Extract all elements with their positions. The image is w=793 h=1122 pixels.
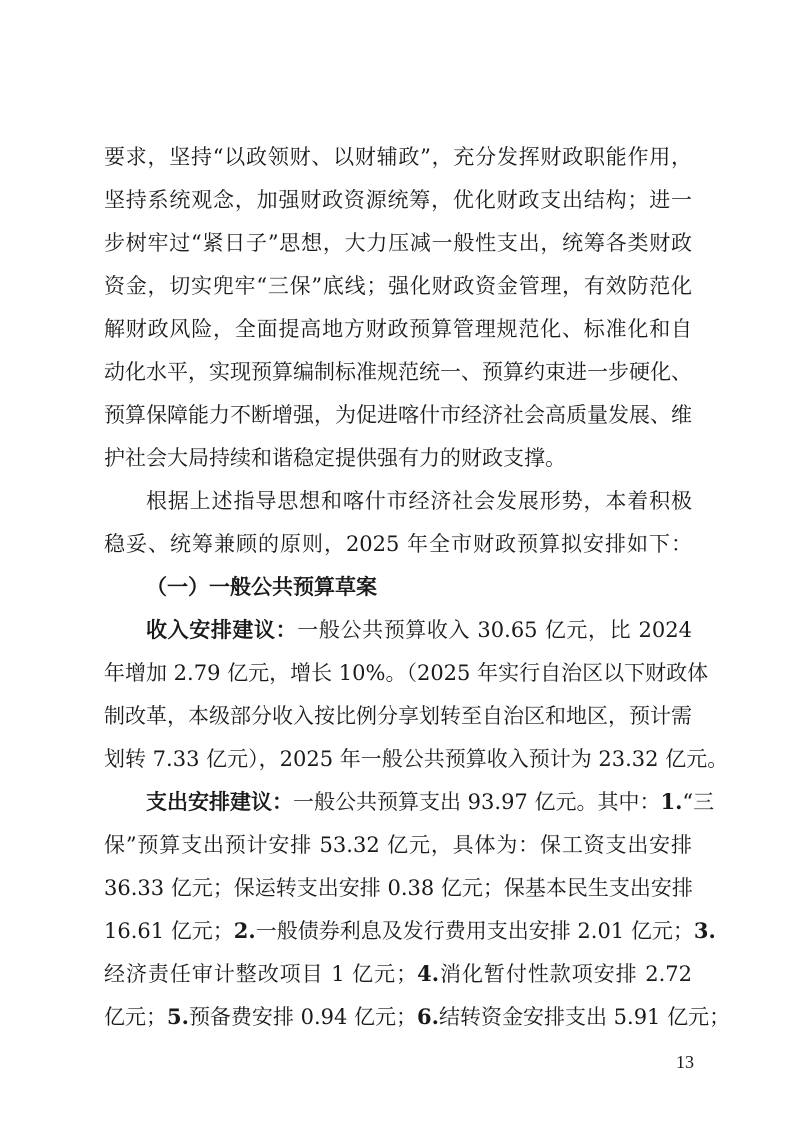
body-text-line: 保”预算支出预计安排 53.32 亿元，具体为：保工资支出安排: [104, 830, 692, 860]
body-text-line: 解财政风险，全面提高地方财政预算管理规范化、标准化和自: [104, 314, 692, 344]
expenditure-label: 支出安排建议：: [146, 790, 293, 814]
expenditure-text: 一般债券利息及发行费用支出安排 2.01 亿元；: [256, 919, 694, 943]
body-text-line: 预算保障能力不断增强，为促进喀什市经济社会高质量发展、维: [104, 400, 692, 430]
expenditure-text: 经济责任审计整改项目 1 亿元；: [104, 962, 417, 986]
item-number: 5.: [167, 1004, 189, 1029]
expenditure-line: 支出安排建议：一般公共预算支出 93.97 亿元。其中：1.“三: [146, 787, 692, 817]
income-text: 一般公共预算收入 30.65 亿元，比 2024: [297, 618, 692, 642]
body-text-line: 要求，坚持“以政领财、以财辅政”，充分发挥财政职能作用，: [104, 142, 692, 172]
item-number: 6.: [417, 1004, 439, 1029]
body-text-line: 制改革，本级部分收入按比例分享划转至自治区和地区，预计需: [104, 701, 692, 731]
item-number: 2.: [234, 918, 256, 943]
item-number: 1.: [660, 789, 682, 814]
body-text-line: 36.33 亿元；保运转支出安排 0.38 亿元；保基本民生支出安排: [104, 873, 692, 903]
expenditure-text: 预备费安排 0.94 亿元；: [189, 1005, 417, 1029]
body-text-line: 16.61 亿元；2.一般债券利息及发行费用支出安排 2.01 亿元；3.: [104, 916, 692, 946]
item-number: 4.: [417, 961, 439, 986]
body-text-line: 护社会大局持续和谐稳定提供强有力的财政支撑。: [104, 443, 692, 473]
page-number: 13: [660, 1052, 694, 1073]
body-text-line: 亿元；5.预备费安排 0.94 亿元；6.结转资金安排支出 5.91 亿元；: [104, 1002, 692, 1032]
expenditure-text: 亿元；: [104, 1005, 167, 1029]
income-label: 收入安排建议：: [146, 618, 297, 642]
body-text-line: 坚持系统观念，加强财政资源统筹，优化财政支出结构；进一: [104, 185, 692, 215]
expenditure-text: 结转资金安排支出 5.91 亿元；: [439, 1005, 730, 1029]
body-text-line: 经济责任审计整改项目 1 亿元；4.消化暂付性款项安排 2.72: [104, 959, 692, 989]
body-text-line: 划转 7.33 亿元），2025 年一般公共预算收入预计为 23.32 亿元。: [104, 744, 692, 774]
body-text-line: 根据上述指导思想和喀什市经济社会发展形势，本着积极: [146, 486, 692, 516]
expenditure-text: “三: [682, 790, 714, 814]
body-text-line: 稳妥、统筹兼顾的原则，2025 年全市财政预算拟安排如下：: [104, 529, 692, 559]
body-text-line: 步树牢过“紧日子”思想，大力压减一般性支出，统筹各类财政: [104, 228, 692, 258]
section-heading: （一）一般公共预算草案: [146, 572, 692, 602]
expenditure-text: 一般公共预算支出 93.97 亿元。其中：: [293, 790, 660, 814]
body-text-line: 资金，切实兜牢“三保”底线；强化财政资金管理，有效防范化: [104, 271, 692, 301]
item-number: 3.: [694, 918, 716, 943]
income-line: 收入安排建议：一般公共预算收入 30.65 亿元，比 2024: [146, 615, 692, 645]
body-text-line: 年增加 2.79 亿元，增长 10%。（2025 年实行自治区以下财政体: [104, 658, 692, 688]
expenditure-text: 消化暂付性款项安排 2.72: [439, 962, 692, 986]
expenditure-text: 16.61 亿元；: [104, 919, 234, 943]
document-page: 要求，坚持“以政领财、以财辅政”，充分发挥财政职能作用， 坚持系统观念，加强财政…: [0, 0, 793, 1122]
body-text-line: 动化水平，实现预算编制标准规范统一、预算约束进一步硬化、: [104, 357, 692, 387]
